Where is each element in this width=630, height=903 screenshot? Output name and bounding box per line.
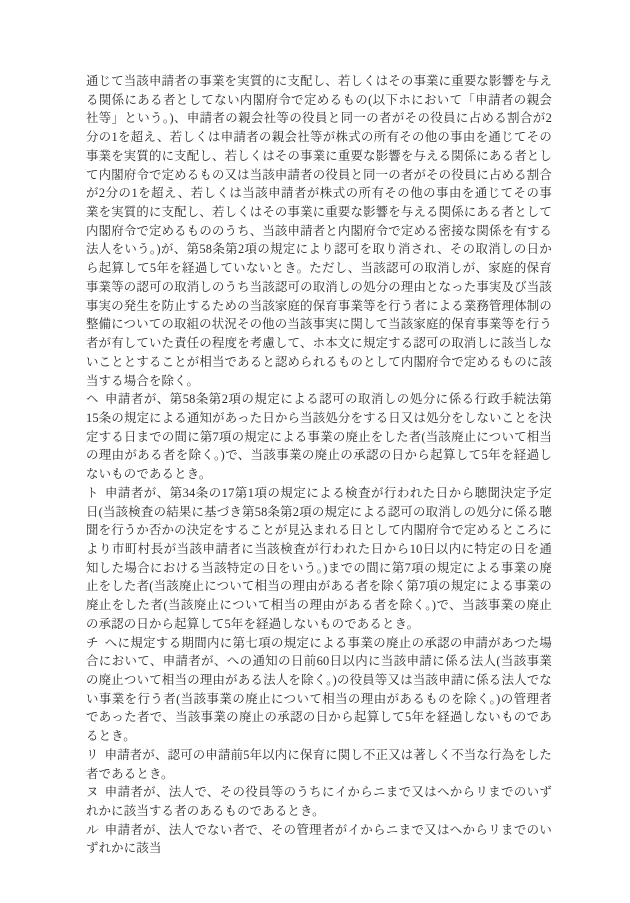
item-marker-he: ヘ xyxy=(86,392,99,406)
paragraph-item-to: ト申請者が、第34条の17第1項の規定による検査が行われた日から聴聞決定予定日(… xyxy=(86,484,552,634)
paragraph-text: 申請者が、法人でない者で、その管理者がイからニまで又はへからリまでのいずれかに該… xyxy=(86,823,552,856)
paragraph-text: へに規定する期間内に第七項の規定による事業の廃止の承認の申請があつた場合において… xyxy=(86,636,552,744)
paragraph-item-he: ヘ申請者が、第58条第2項の規定による認可の取消しの処分に係る行政手続法第15条… xyxy=(86,390,552,484)
paragraph-item-nu: ヌ申請者が、法人で、その役員等のうちにイからニまで又はへからリまでのいずれかに該… xyxy=(86,783,552,820)
paragraph-text: 通じて当該申請者の事業を実質的に支配し、若しくはその事業に重要な影響を与える関係… xyxy=(86,74,552,388)
paragraph-item-ri: リ申請者が、認可の申請前5年以内に保育に関し不正又は著しく不当な行為をした者であ… xyxy=(86,746,552,783)
item-marker-ri: リ xyxy=(86,748,99,762)
item-marker-nu: ヌ xyxy=(86,785,99,799)
paragraph-text: 申請者が、第34条の17第1項の規定による検査が行われた日から聴聞決定予定日(当… xyxy=(86,486,552,631)
item-marker-chi: チ xyxy=(86,636,99,650)
document-page: 通じて当該申請者の事業を実質的に支配し、若しくはその事業に重要な影響を与える関係… xyxy=(0,0,630,903)
legal-text-block: 通じて当該申請者の事業を実質的に支配し、若しくはその事業に重要な影響を与える関係… xyxy=(86,72,552,858)
paragraph-item-chi: チへに規定する期間内に第七項の規定による事業の廃止の承認の申請があつた場合におい… xyxy=(86,634,552,746)
item-marker-ru: ル xyxy=(86,823,99,837)
paragraph-continuation-ho: 通じて当該申請者の事業を実質的に支配し、若しくはその事業に重要な影響を与える関係… xyxy=(86,72,552,390)
paragraph-text: 申請者が、第58条第2項の規定による認可の取消しの処分に係る行政手続法第15条の… xyxy=(86,392,552,481)
paragraph-item-ru: ル申請者が、法人でない者で、その管理者がイからニまで又はへからリまでのいずれかに… xyxy=(86,821,552,858)
paragraph-text: 申請者が、法人で、その役員等のうちにイからニまで又はへからリまでのいずれかに該当… xyxy=(86,785,552,818)
paragraph-text: 申請者が、認可の申請前5年以内に保育に関し不正又は著しく不当な行為をした者である… xyxy=(86,748,552,781)
item-marker-to: ト xyxy=(86,486,99,500)
